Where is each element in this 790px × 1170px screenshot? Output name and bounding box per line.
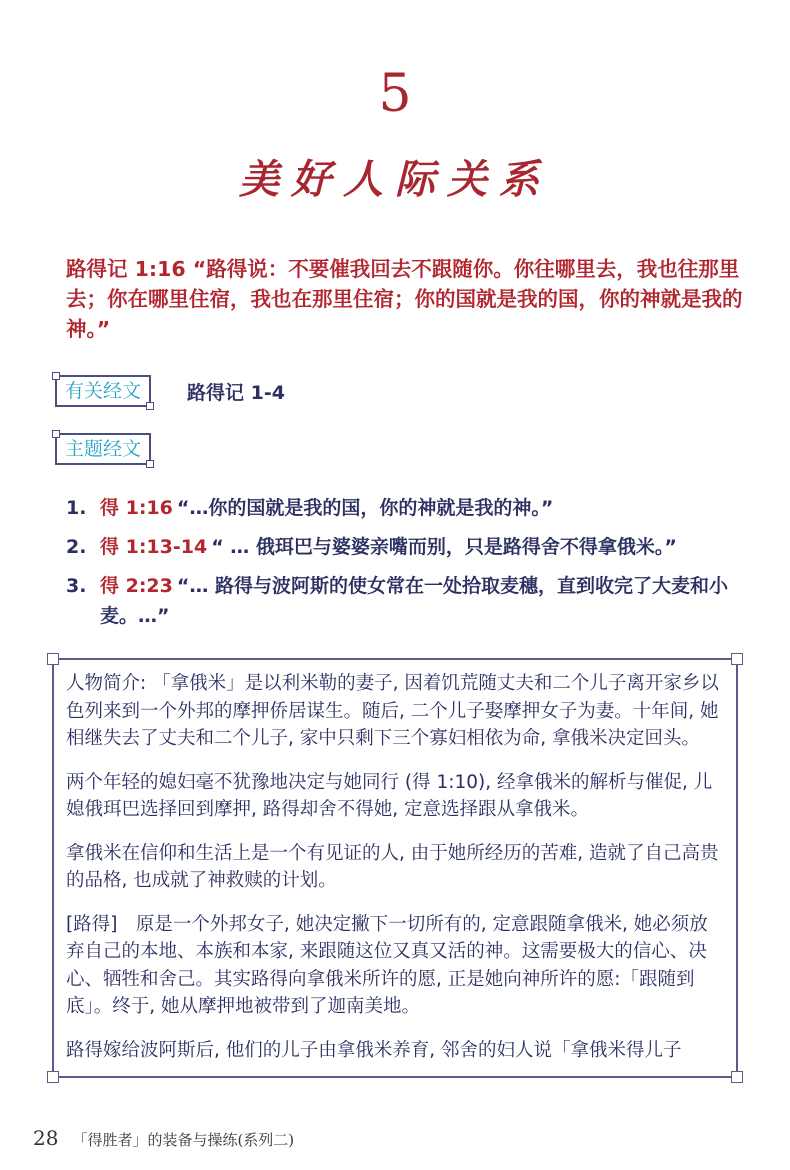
profile-paragraph: 路得嫁给波阿斯后, 他们的儿子由拿俄米养育, 邻舍的妇人说「拿俄米得儿子 [66,1037,726,1065]
verse-text: “… 路得与波阿斯的使女常在一处拾取麦穗，直到收完了大麦和小麦。…” [100,575,728,627]
theme-scripture-tag: 主题经文 [55,433,151,465]
page-number: 28 [33,1126,58,1150]
key-verse: 路得记 1:16 “路得说：不要催我回去不跟随你。你往哪里去，我也往那里去；你在… [66,254,746,344]
corner-ornament-icon [731,653,743,665]
list-item: 3. 得 2:23“… 路得与波阿斯的使女常在一处拾取麦穗，直到收完了大麦和小麦… [66,571,756,631]
page-footer: 28 「得胜者」的装备与操练(系列二) [33,1126,294,1150]
related-scripture-row: 有关经文 路得记 1-4 [55,375,285,407]
book-title: 「得胜者」的装备与操练(系列二) [72,1129,294,1150]
corner-ornament-icon [47,653,59,665]
theme-scripture-row: 主题经文 [55,433,151,465]
list-item: 1. 得 1:16“…你的国就是我的国，你的神就是我的神。” [66,493,756,523]
list-item: 2. 得 1:13-14“ … 俄珥巴与婆婆亲嘴而别，只是路得舍不得拿俄米。” [66,532,756,562]
item-number: 2. [66,532,100,562]
related-scripture-tag: 有关经文 [55,375,151,407]
profile-paragraph: [路得] 原是一个外邦女子, 她决定撇下一切所有的, 定意跟随拿俄米, 她必须放… [66,911,726,1021]
verse-text: “ … 俄珥巴与婆婆亲嘴而别，只是路得舍不得拿俄米。” [211,536,677,558]
verse-reference: 得 1:13-14 [100,536,207,558]
profile-paragraph: 拿俄米在信仰和生活上是一个有见证的人, 由于她所经历的苦难, 造就了自己高贵的品… [66,840,726,895]
item-number: 1. [66,493,100,523]
corner-ornament-icon [47,1071,59,1083]
character-profile-box: 人物简介: 「拿俄米」是以利米勒的妻子, 因着饥荒随丈夫和二个儿子离开家乡以色列… [52,658,738,1078]
verse-text: “…你的国就是我的国，你的神就是我的神。” [177,497,553,519]
verse-reference: 得 2:23 [100,575,173,597]
chapter-title: 美好人际关系 [0,148,790,205]
theme-verse-list: 1. 得 1:16“…你的国就是我的国，你的神就是我的神。” 2. 得 1:13… [66,493,756,640]
item-number: 3. [66,571,100,631]
verse-reference: 得 1:16 [100,497,173,519]
chapter-number: 5 [0,68,790,120]
profile-paragraph: 两个年轻的媳妇毫不犹豫地决定与她同行 (得 1:10), 经拿俄米的解析与催促,… [66,769,726,824]
profile-paragraph: 人物简介: 「拿俄米」是以利米勒的妻子, 因着饥荒随丈夫和二个儿子离开家乡以色列… [66,670,726,753]
related-scripture-reference: 路得记 1-4 [187,378,285,405]
corner-ornament-icon [731,1071,743,1083]
